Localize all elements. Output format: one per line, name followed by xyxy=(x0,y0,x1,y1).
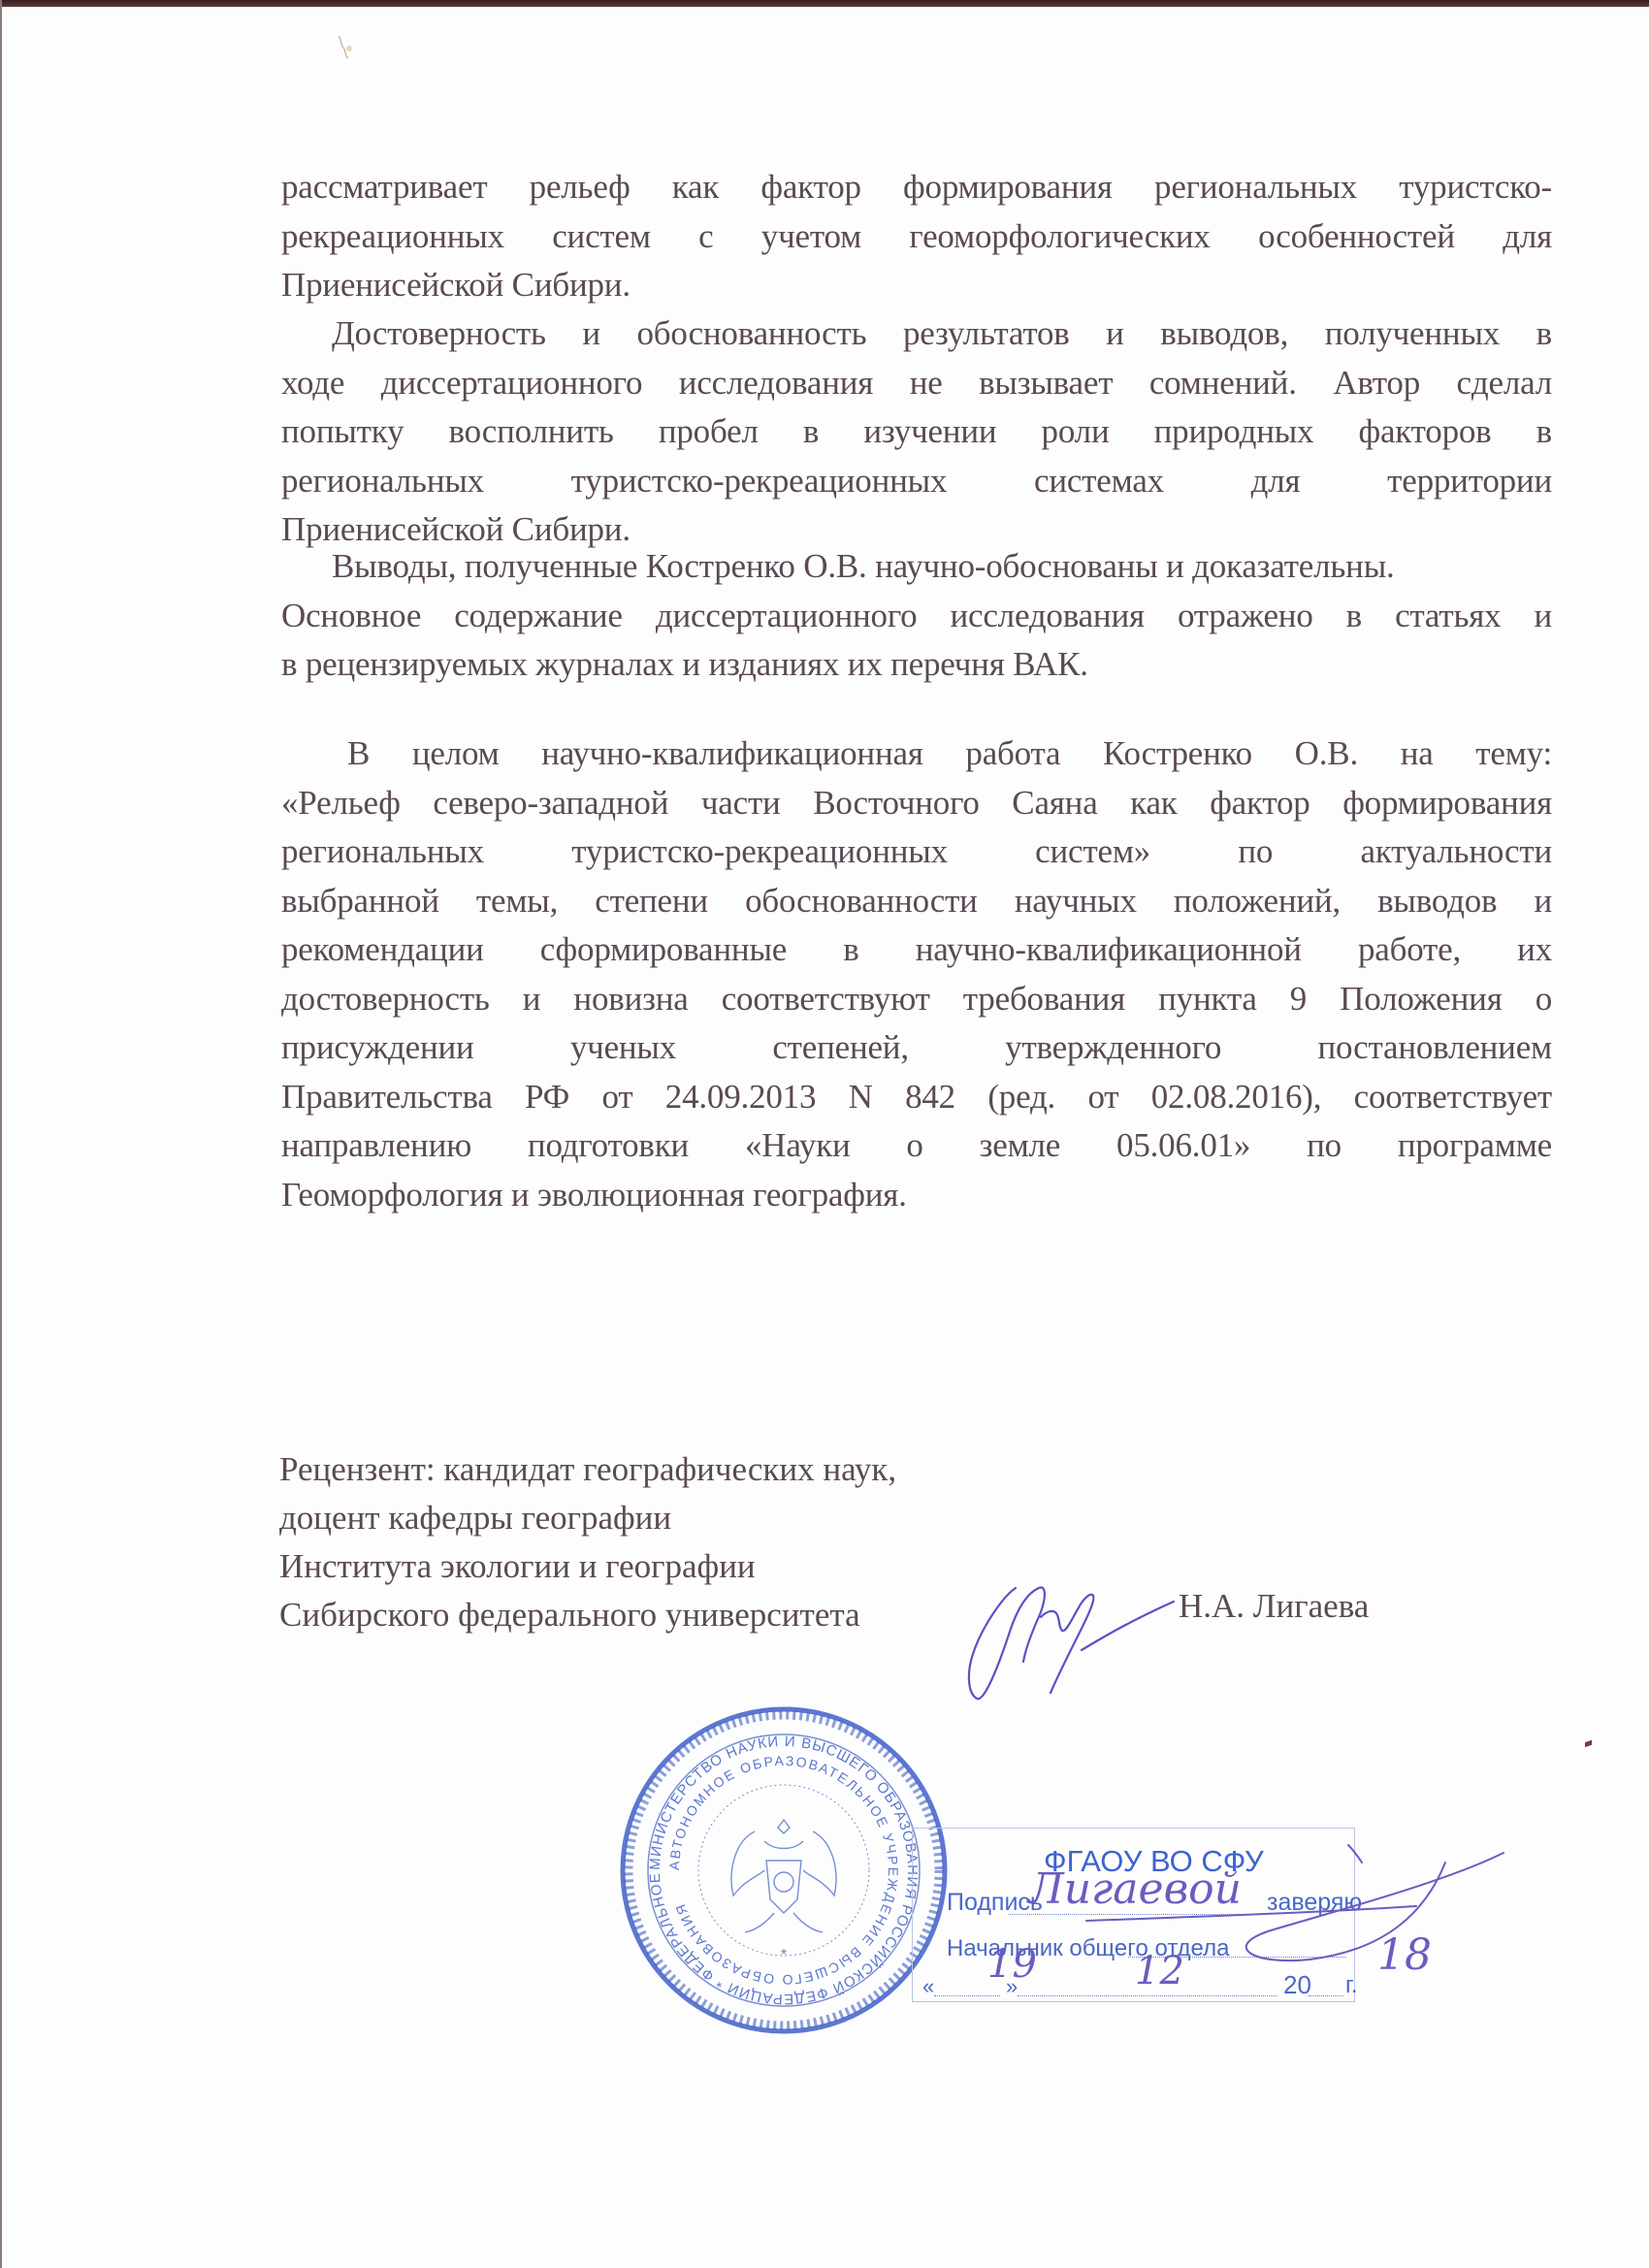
text-line: Достоверность и обоснованность результат… xyxy=(281,309,1552,359)
text-line: направлению подготовки «Науки о земле 05… xyxy=(281,1121,1552,1171)
reviewer-title-line: Института экологии и географии xyxy=(279,1542,896,1591)
handwritten-signature: Лигаевой xyxy=(1026,1864,1242,1914)
text-line: рассматривает рельеф как фактор формиров… xyxy=(281,163,1552,212)
text-line: ходе диссертационного исследования не вы… xyxy=(281,359,1552,408)
text-line: рекреационных систем с учетом геоморфоло… xyxy=(281,212,1552,262)
reviewer-block: Рецензент: кандидат географических наук,… xyxy=(279,1445,896,1639)
text-line: рекомендации сформированные в научно-ква… xyxy=(281,925,1552,975)
text-line: региональных туристско-рекреационных сис… xyxy=(281,457,1552,506)
text-line: региональных туристско-рекреационных сис… xyxy=(281,827,1552,877)
reviewer-signature xyxy=(955,1557,1179,1702)
text-line: Правительства РФ от 24.09.2013 N 842 (ре… xyxy=(281,1073,1552,1122)
stamp-outer-text: МИНИСТЕРСТВО НАУКИ И ВЫСШЕГО ОБРАЗОВАНИЯ… xyxy=(619,1705,921,2007)
handwritten-year: 18 xyxy=(1377,1930,1432,1980)
scan-edge-top xyxy=(0,0,1649,7)
double-headed-eagle-icon xyxy=(731,1820,836,1932)
reviewer-title-line: Рецензент: кандидат географических наук, xyxy=(279,1445,896,1494)
paragraph-4: В целом научно-квалификационная работа К… xyxy=(281,729,1552,1219)
university-seal-stamp: МИНИСТЕРСТВО НАУКИ И ВЫСШЕГО ОБРАЗОВАНИЯ… xyxy=(619,1705,949,2035)
text-line: присуждении ученых степеней, утвержденно… xyxy=(281,1023,1552,1073)
text-line: достоверность и новизна соответствуют тр… xyxy=(281,975,1552,1024)
paragraph-3: Выводы, полученные Костренко О.В. научно… xyxy=(281,542,1552,690)
text-line: В целом научно-квалификационная работа К… xyxy=(281,729,1552,779)
reviewer-title-line: Сибирского федерального университета xyxy=(279,1591,896,1639)
paragraph-1: рассматривает рельеф как фактор формиров… xyxy=(281,163,1552,310)
scan-speck xyxy=(1585,1740,1592,1748)
text-line: Основное содержание диссертационного исс… xyxy=(281,592,1552,641)
text-line: выбранной темы, степени обоснованности н… xyxy=(281,877,1552,926)
text-line: в рецензируемых журналах и изданиях их п… xyxy=(281,640,1552,690)
text-line: Приенисейской Сибири. xyxy=(281,261,1552,310)
scan-smudge xyxy=(335,32,356,61)
svg-text:*: * xyxy=(781,1947,787,1963)
scan-edge-left xyxy=(0,0,2,2268)
reviewer-title-line: доцент кафедры географии xyxy=(279,1494,896,1542)
text-line: «Рельеф северо-западной части Восточного… xyxy=(281,779,1552,828)
handwritten-certification: Лигаевой 19 12 18 xyxy=(902,1824,1513,2037)
handwritten-day: 19 xyxy=(987,1942,1037,1987)
text-line: попытку восполнить пробел в изучении рол… xyxy=(281,407,1552,457)
text-line: Выводы, полученные Костренко О.В. научно… xyxy=(281,542,1552,592)
text-line: Геоморфология и эволюционная география. xyxy=(281,1171,1552,1220)
svg-text:МИНИСТЕРСТВО НАУКИ И ВЫСШЕГО О: МИНИСТЕРСТВО НАУКИ И ВЫСШЕГО ОБРАЗОВАНИЯ… xyxy=(619,1705,921,2007)
paragraph-2: Достоверность и обоснованность результат… xyxy=(281,309,1552,555)
handwritten-month: 12 xyxy=(1135,1949,1184,1993)
reviewer-name: Н.А. Лигаева xyxy=(1179,1587,1369,1626)
